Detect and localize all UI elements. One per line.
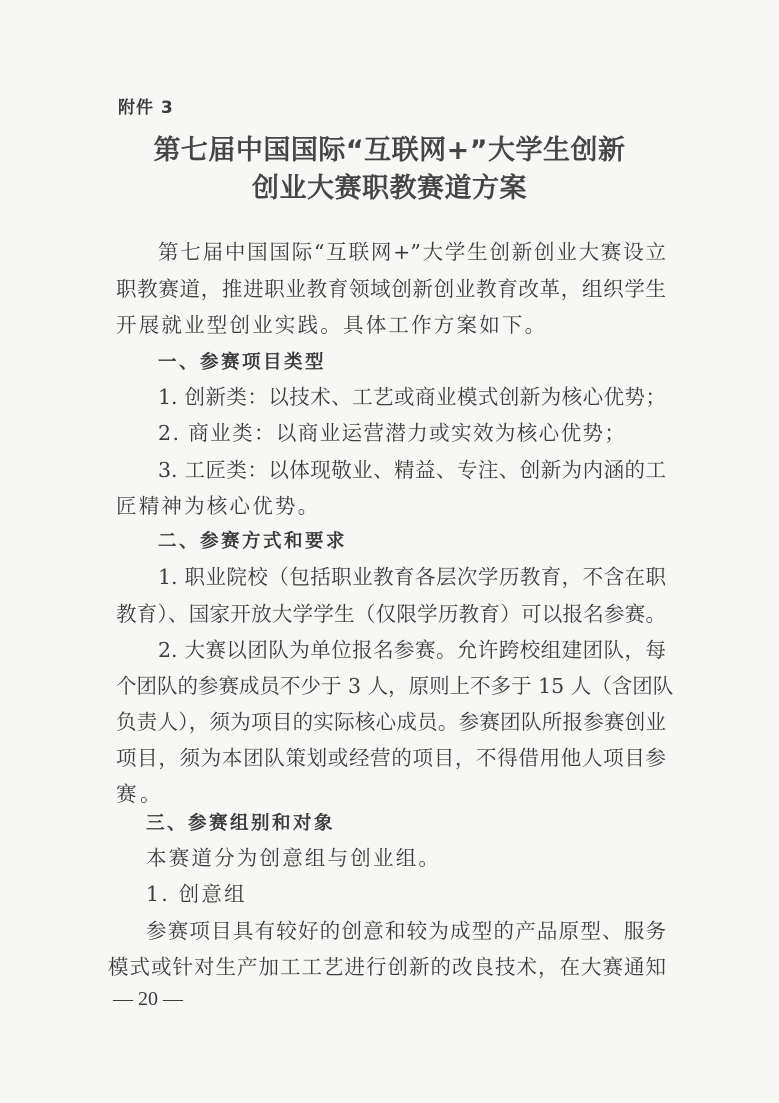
section-line: 个团队的参赛成员不少于 3 人，原则上不多于 15 人（含团队 — [116, 673, 666, 699]
intro-line: 第七届中国国际“互联网+”大学生创新创业大赛设立 — [158, 239, 666, 265]
section-heading: 三、参赛组别和对象 — [146, 809, 335, 835]
intro-line: 职教赛道，推进职业教育领域创新创业教育改革，组织学生 — [116, 276, 666, 302]
section-line: 模式或针对生产加工工艺进行创新的改良技术，在大赛通知 — [108, 954, 666, 980]
document-page: 附件 3 第七届中国国际“互联网+”大学生创新 创业大赛职教赛道方案 第七届中国… — [0, 0, 779, 1103]
section-line: 1. 创新类：以技术、工艺或商业模式创新为核心优势； — [158, 384, 666, 410]
section-line: 本赛道分为创意组与创业组。 — [146, 845, 441, 871]
section-line: 参赛项目具有较好的创意和较为成型的产品原型、服务 — [146, 918, 666, 944]
section-line: 2. 大赛以团队为单位报名参赛。允许跨校组建团队，每 — [158, 637, 666, 663]
attachment-label: 附件 3 — [118, 93, 174, 118]
section-heading: 一、参赛项目类型 — [158, 348, 326, 374]
section-heading: 二、参赛方式和要求 — [158, 527, 347, 553]
section-line: 1. 职业院校（包括职业教育各层次学历教育，不含在职 — [158, 564, 666, 590]
section-line: 1. 创意组 — [146, 881, 247, 907]
page-number: — 20 — — [113, 988, 183, 1011]
section-line: 赛。 — [116, 781, 164, 807]
document-title-line-1: 第七届中国国际“互联网+”大学生创新 — [0, 128, 779, 167]
section-line: 项目，须为本团队策划或经营的项目，不得借用他人项目参 — [116, 745, 666, 771]
document-title-line-2: 创业大赛职教赛道方案 — [0, 166, 779, 205]
section-line: 3. 工匠类：以体现敬业、精益、专注、创新为内涵的工 — [158, 457, 666, 483]
section-line: 2. 商业类：以商业运营潜力或实效为核心优势； — [158, 420, 626, 446]
section-line: 负责人），须为项目的实际核心成员。参赛团队所报参赛创业 — [116, 709, 666, 735]
section-line: 匠精神为核心优势。 — [116, 493, 320, 519]
section-line: 教育）、国家开放大学学生（仅限学历教育）可以报名参赛。 — [116, 601, 666, 627]
intro-line: 开展就业型创业实践。具体工作方案如下。 — [116, 312, 547, 338]
